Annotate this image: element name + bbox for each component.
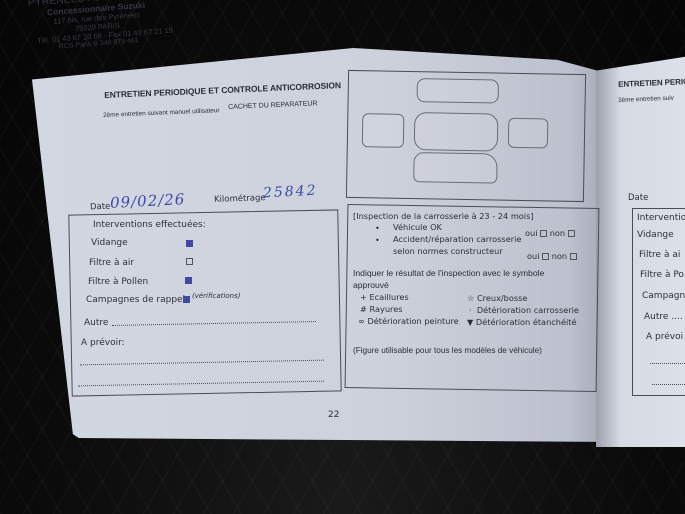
accident-yes-checkbox[interactable] [542, 253, 549, 260]
legend-title-1: Indiquer le résultat de l'inspection ave… [353, 268, 544, 278]
vehicle-ok-no-checkbox[interactable] [568, 230, 575, 237]
item-label-pollen-filter: Filtre à Pollen [88, 277, 148, 287]
item-label-vidange: Vidange [91, 238, 128, 248]
right-item: Filtre à Po [640, 270, 684, 280]
page-number: 22 [328, 410, 339, 420]
right-item: A prévoi [646, 332, 683, 342]
right-item: Campagn [642, 291, 685, 301]
car-side-view-icon [413, 152, 498, 183]
interventions-heading: Interventions effectuées: [93, 220, 206, 230]
accident-label-1: Accident/réparation carrosserie [393, 234, 521, 244]
figure-footnote: (Figure utilisable pour tous les modèles… [353, 346, 542, 355]
vidange-checkbox[interactable] [186, 240, 193, 247]
right-todo-line-1 [650, 363, 685, 364]
car-front-view-icon [362, 113, 405, 148]
other-label: Autre [84, 318, 108, 328]
right-item: Autre .... [644, 312, 683, 322]
legend-dent: ☆ Creux/bosse [467, 293, 527, 303]
right-item: Vidange [637, 230, 674, 240]
legend-paint-damage: ∞ Détérioration peinture [358, 316, 459, 326]
mileage-value[interactable]: 25842 [263, 183, 318, 202]
mileage-label: Kilométrage [214, 193, 266, 205]
legend-scratches: # Rayures [360, 304, 403, 314]
vehicle-ok-label: Véhicule OK [393, 222, 442, 232]
legend-seal-damage: ▼ Détérioration étanchéité [467, 317, 577, 327]
vehicle-ok-options: oui non [525, 228, 575, 238]
accident-options: oui non [527, 251, 577, 261]
recall-note: (vérifications) [192, 292, 240, 300]
no-label: non [550, 228, 565, 238]
date-label: Date [90, 202, 111, 213]
car-top-view-icon [414, 112, 499, 151]
no-label: non [552, 251, 567, 261]
accident-no-checkbox[interactable] [570, 253, 577, 260]
right-item: Filtre à ai [639, 250, 680, 260]
vehicle-ok-yes-checkbox[interactable] [540, 230, 547, 237]
bullet: • [375, 235, 380, 245]
car-rear-view-icon [508, 118, 549, 149]
right-date-label: Date [628, 193, 648, 203]
accident-label-2: selon normes constructeur [393, 246, 503, 256]
air-filter-checkbox[interactable] [186, 258, 193, 265]
recall-checkbox[interactable] [183, 296, 190, 303]
legend-title-2: approuvé [353, 280, 389, 290]
item-label-air-filter: Filtre à air [89, 258, 134, 268]
bullet: • [375, 223, 380, 233]
yes-label: oui [525, 228, 537, 238]
legend-chipping: + Ecaillures [360, 292, 409, 302]
yes-label: oui [527, 251, 539, 261]
right-item: Interventio [637, 213, 685, 223]
car-top-side-view-icon [417, 78, 499, 103]
pollen-filter-checkbox[interactable] [185, 277, 192, 284]
recall-label: Campagnes de rappel [86, 295, 185, 305]
inspection-heading: [Inspection de la carrosserie à 23 - 24 … [353, 211, 534, 221]
right-todo-line-2 [652, 384, 685, 385]
car-diagram-box [346, 70, 586, 202]
todo-label: A prévoir: [81, 338, 125, 348]
legend-body-damage: · Détérioration carrosserie [469, 305, 579, 315]
